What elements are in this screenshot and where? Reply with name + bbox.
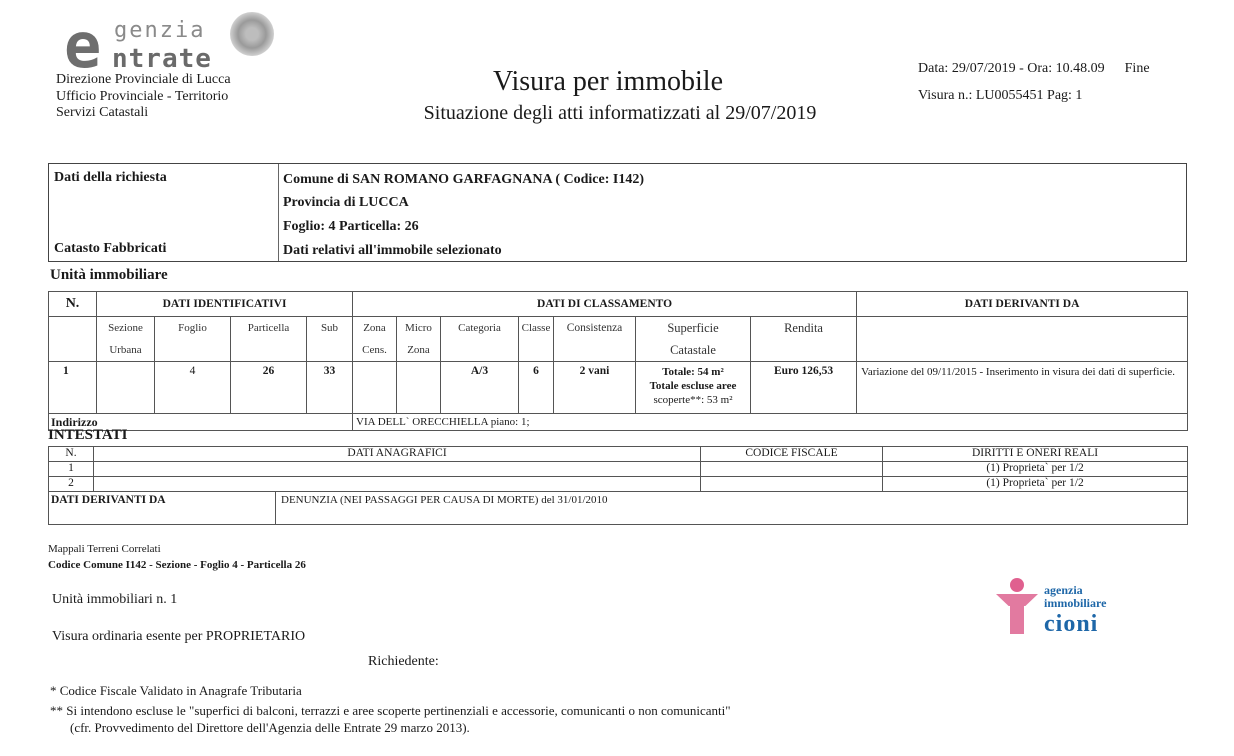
footnote-3: (cfr. Provvedimento del Direttore dell'A… xyxy=(50,719,731,736)
logo-text: agenzia immobiliare xyxy=(1044,584,1106,610)
request-label: Dati della richiesta xyxy=(54,170,167,186)
cell-anagrafici xyxy=(94,462,701,477)
footnotes: * Codice Fiscale Validato in Anagrafe Tr… xyxy=(50,682,731,736)
mappali-codice: Codice Comune I142 - Sezione - Foglio 4 … xyxy=(48,557,306,573)
header-n: N. xyxy=(49,292,97,317)
cell-categoria: A/3 xyxy=(441,362,519,414)
divider xyxy=(278,164,279,261)
cell-foglio: 4 xyxy=(155,362,231,414)
catasto-label: Catasto Fabbricati xyxy=(54,241,166,257)
derivanti-label: DATI DERIVANTI DA xyxy=(49,492,276,525)
logo-stem-icon xyxy=(1010,604,1024,634)
header-diritti: DIRITTI E ONERI REALI xyxy=(883,447,1188,462)
comune-text: Comune di SAN ROMANO GARFAGNANA ( Codice… xyxy=(283,172,644,188)
intestati-table: N. DATI ANAGRAFICI CODICE FISCALE DIRITT… xyxy=(48,446,1188,525)
table-row: 2 (1) Proprieta` per 1/2 xyxy=(49,477,1188,492)
unita-count: Unità immobiliari n. 1 xyxy=(52,592,177,608)
cell-particella: 26 xyxy=(231,362,307,414)
cell-consistenza: 2 vani xyxy=(554,362,636,414)
footnote-2: ** Si intendono escluse le "superfici di… xyxy=(50,702,731,719)
cell-codice-fiscale xyxy=(701,477,883,492)
italian-republic-emblem-icon xyxy=(230,12,274,56)
header-identificativi: DATI IDENTIFICATIVI xyxy=(97,292,353,317)
derivanti-value: DENUNZIA (NEI PASSAGGI PER CAUSA DI MORT… xyxy=(276,492,1188,525)
table-row: 1 4 26 33 A/3 6 2 vani Totale: 54 m² Tot… xyxy=(49,362,1188,414)
cell-n: 1 xyxy=(49,462,94,477)
header-anagrafici: DATI ANAGRAFICI xyxy=(94,447,701,462)
address-value: VIA DELL` ORECCHIELLA piano: 1; xyxy=(353,414,1188,431)
subheader-consistenza: Consistenza xyxy=(554,317,636,362)
cell-rendita: Euro 126,53 xyxy=(751,362,857,414)
subheader-sezione: SezioneUrbana xyxy=(97,317,155,362)
visura-number: Visura n.: LU0055451 Pag: 1 xyxy=(918,82,1150,109)
cell-micro xyxy=(397,362,441,414)
subheader-rendita: Rendita xyxy=(751,317,857,362)
request-box: Dati della richiesta Catasto Fabbricati … xyxy=(48,163,1187,262)
unit-section-title: Unità immobiliare xyxy=(50,267,168,284)
cell-derivanti: Variazione del 09/11/2015 - Inserimento … xyxy=(857,362,1188,414)
cell-sezione xyxy=(97,362,155,414)
document-meta: Data: 29/07/2019 - Ora: 10.48.09Fine Vis… xyxy=(918,55,1150,109)
subheader-superficie: SuperficieCatastale xyxy=(636,317,751,362)
status-text: Fine xyxy=(1125,61,1150,76)
cell-n: 1 xyxy=(49,362,97,414)
intestati-section-title: INTESTATI xyxy=(48,427,127,444)
subheader-classe: Classe xyxy=(519,317,554,362)
table-row: 1 (1) Proprieta` per 1/2 xyxy=(49,462,1188,477)
subheader-zona: ZonaCens. xyxy=(353,317,397,362)
cell-zona xyxy=(353,362,397,414)
unit-table: N. DATI IDENTIFICATIVI DATI DI CLASSAMEN… xyxy=(48,291,1188,431)
mappali-section: Mappali Terreni Correlati Codice Comune … xyxy=(48,541,306,573)
richiedente-label: Richiedente: xyxy=(368,654,439,670)
datetime: Data: 29/07/2019 - Ora: 10.48.09 xyxy=(918,61,1105,76)
cell-diritti: (1) Proprieta` per 1/2 xyxy=(883,462,1188,477)
logo-text-genzia: genzia xyxy=(114,18,205,43)
footnote-1: * Codice Fiscale Validato in Anagrafe Tr… xyxy=(50,682,731,699)
header-classamento: DATI DI CLASSAMENTO xyxy=(353,292,857,317)
cell-codice-fiscale xyxy=(701,462,883,477)
subheader-sub: Sub xyxy=(307,317,353,362)
agenzia-entrate-logo: e genzia ntrate xyxy=(62,12,282,74)
cell-n: 2 xyxy=(49,477,94,492)
mappali-title: Mappali Terreni Correlati xyxy=(48,541,306,557)
subheader-particella: Particella xyxy=(231,317,307,362)
foglio-text: Foglio: 4 Particella: 26 xyxy=(283,219,419,235)
selected-text: Dati relativi all'immobile selezionato xyxy=(283,243,502,259)
cell-superficie: Totale: 54 m² Totale escluse aree scoper… xyxy=(636,362,751,414)
cell-sub: 33 xyxy=(307,362,353,414)
logo-brand: cioni xyxy=(1044,612,1098,636)
header-n: N. xyxy=(49,447,94,462)
provincia-text: Provincia di LUCCA xyxy=(283,195,409,211)
header-derivanti: DATI DERIVANTI DA xyxy=(857,292,1188,317)
cell-anagrafici xyxy=(94,477,701,492)
subheader-foglio: Foglio xyxy=(155,317,231,362)
subheader-micro: MicroZona xyxy=(397,317,441,362)
visura-type: Visura ordinaria esente per PROPRIETARIO xyxy=(52,629,305,645)
header-codice-fiscale: CODICE FISCALE xyxy=(701,447,883,462)
agenzia-cioni-logo: agenzia immobiliare cioni xyxy=(992,576,1142,638)
logo-dot-icon xyxy=(1010,578,1024,592)
subheader-categoria: Categoria xyxy=(441,317,519,362)
cell-classe: 6 xyxy=(519,362,554,414)
cell-diritti: (1) Proprieta` per 1/2 xyxy=(883,477,1188,492)
